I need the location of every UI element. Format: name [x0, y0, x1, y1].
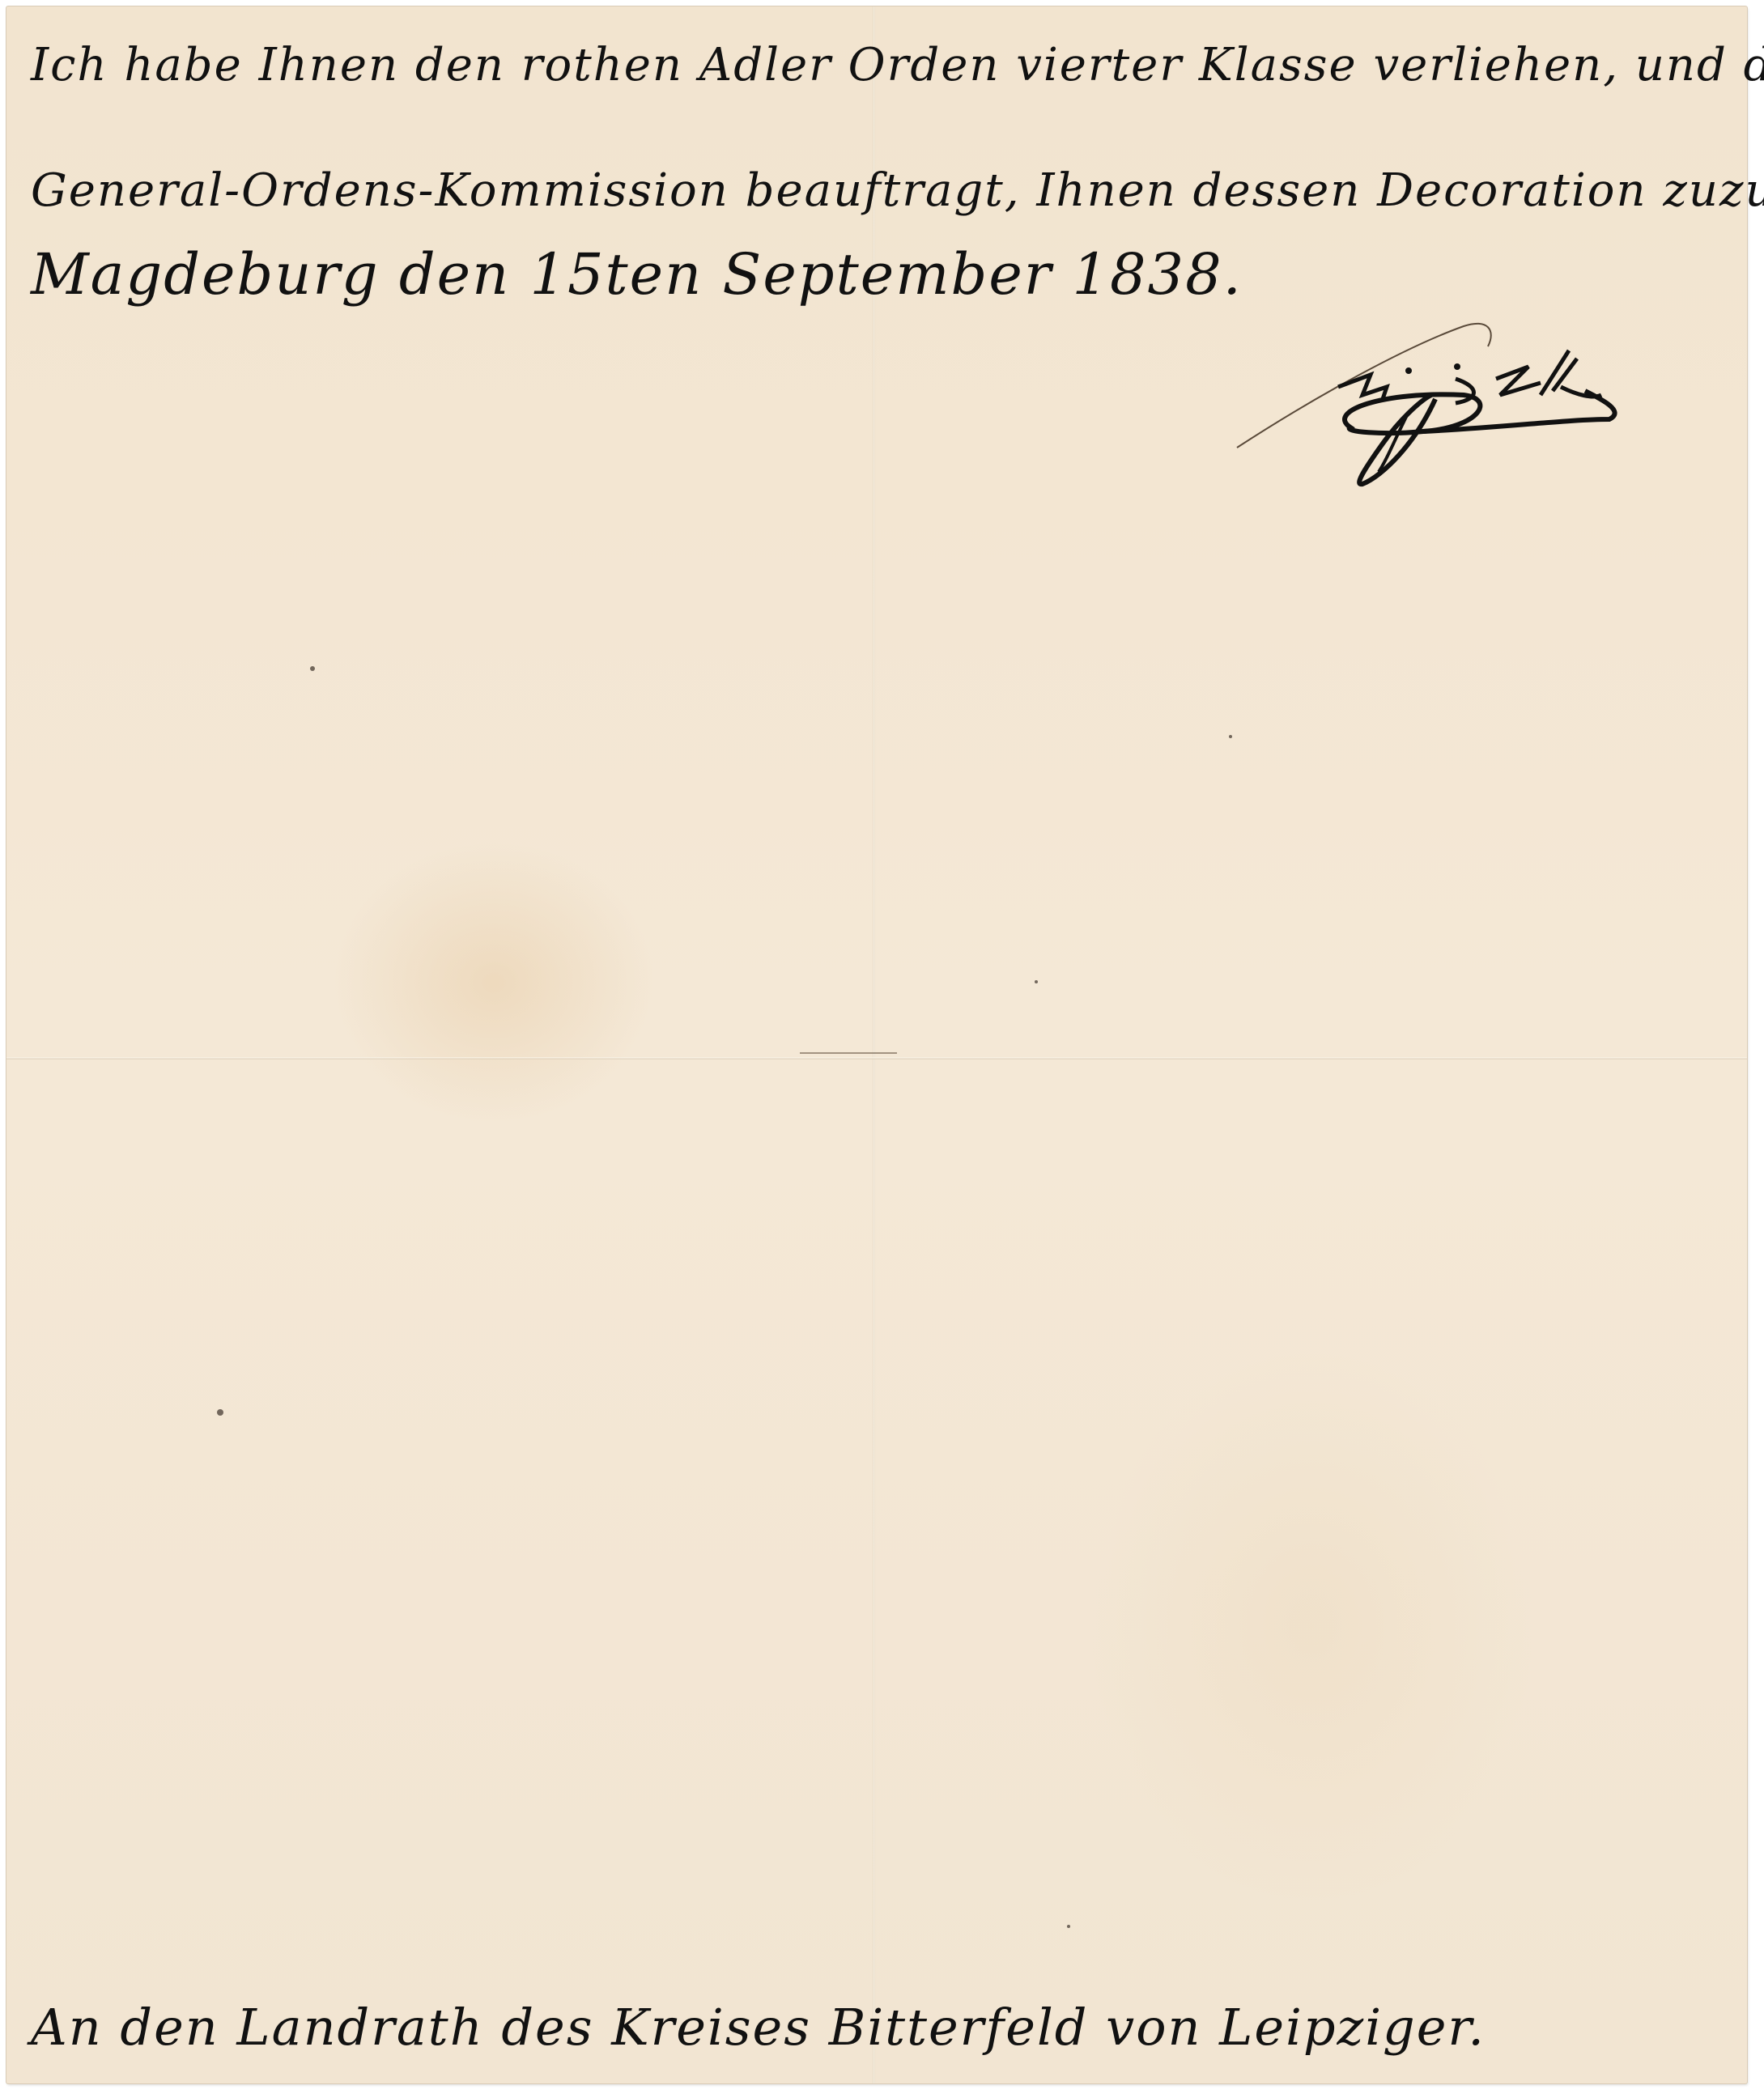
signature-flourish-icon	[1221, 298, 1674, 492]
letter-date-line: Magdeburg den 15ten September 1838.	[31, 241, 1243, 308]
fold-tear	[800, 1052, 897, 1062]
ink-speck	[310, 666, 315, 671]
ink-speck	[1035, 980, 1038, 983]
ink-speck	[1229, 735, 1232, 738]
letter-body-line-2: General-Ordens-Kommission beauftragt, Ih…	[31, 164, 1764, 217]
letter-paper: Ich habe Ihnen den rothen Adler Orden vi…	[6, 6, 1747, 2083]
letter-body-line-1: Ich habe Ihnen den rothen Adler Orden vi…	[31, 39, 1764, 91]
vertical-fold-crease	[873, 6, 875, 2083]
ink-speck	[1067, 1925, 1070, 1928]
letter-address-line: An den Landrath des Kreises Bitterfeld v…	[31, 1998, 1486, 2057]
ink-speck	[217, 1409, 223, 1416]
